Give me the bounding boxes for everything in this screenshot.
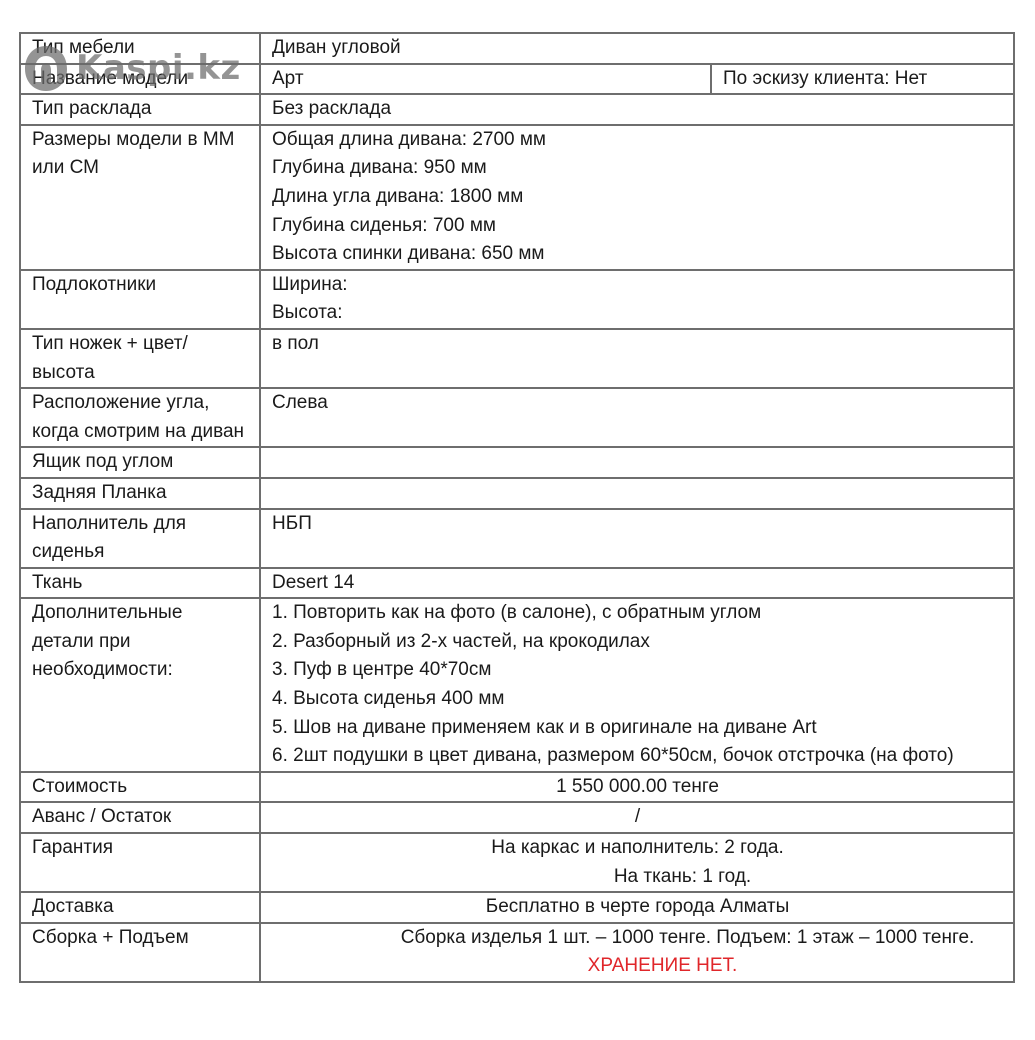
value-armrests: Ширина: Высота: [260, 270, 1014, 329]
label-fabric: Ткань [20, 568, 260, 599]
row-back-plank: Задняя Планка [20, 478, 1014, 509]
value-model-name: Арт [260, 64, 711, 95]
additional-item-2: 2. Разборный из 2-х частей, на крокодила… [272, 628, 1003, 657]
label-assembly: Сборка + Подъем [20, 923, 260, 982]
label-additional: Дополнительные детали при необходимости: [20, 598, 260, 772]
value-fabric: Desert 14 [260, 568, 1014, 599]
row-armrests: Подлокотники Ширина: Высота: [20, 270, 1014, 329]
dimension-seat-depth: Глубина сиденья: 700 мм [272, 212, 1003, 241]
dimension-corner-length: Длина угла дивана: 1800 мм [272, 183, 1003, 212]
value-additional: 1. Повторить как на фото (в салоне), с о… [260, 598, 1014, 772]
armrest-height: Высота: [272, 299, 1003, 328]
additional-item-4: 4. Высота сиденья 400 мм [272, 685, 1003, 714]
row-unfold-type: Тип расклада Без расклада [20, 94, 1014, 125]
row-delivery: Доставка Бесплатно в черте города Алматы [20, 892, 1014, 923]
dimension-back-height: Высота спинки дивана: 650 мм [272, 240, 1003, 269]
additional-item-5: 5. Шов на диване применяем как и в ориги… [272, 714, 1003, 743]
row-corner-position: Расположение угла, когда смотрим на дива… [20, 388, 1014, 447]
warranty-fabric: На ткань: 1 год. [272, 863, 1003, 892]
row-seat-filler: Наполнитель для сиденья НБП [20, 509, 1014, 568]
value-seat-filler: НБП [260, 509, 1014, 568]
label-price: Стоимость [20, 772, 260, 803]
label-corner-position: Расположение угла, когда смотрим на дива… [20, 388, 260, 447]
label-back-plank: Задняя Планка [20, 478, 260, 509]
value-warranty: На каркас и наполнитель: 2 года. На ткан… [260, 833, 1014, 892]
label-warranty: Гарантия [20, 833, 260, 892]
additional-item-6: 6. 2шт подушки в цвет дивана, размером 6… [272, 742, 1003, 771]
additional-item-1: 1. Повторить как на фото (в салоне), с о… [272, 599, 1003, 628]
label-delivery: Доставка [20, 892, 260, 923]
row-warranty: Гарантия На каркас и наполнитель: 2 года… [20, 833, 1014, 892]
label-legs: Тип ножек + цвет/высота [20, 329, 260, 388]
row-assembly: Сборка + Подъем Сборка изделья 1 шт. – 1… [20, 923, 1014, 982]
label-model-name: Название модели [20, 64, 260, 95]
label-corner-drawer: Ящик под углом [20, 447, 260, 478]
label-advance: Аванс / Остаток [20, 802, 260, 833]
value-back-plank [260, 478, 1014, 509]
value-corner-position: Слева [260, 388, 1014, 447]
armrest-width: Ширина: [272, 271, 1003, 300]
dimension-depth: Глубина дивана: 950 мм [272, 154, 1003, 183]
row-legs: Тип ножек + цвет/высота в пол [20, 329, 1014, 388]
value-dimensions: Общая длина дивана: 2700 мм Глубина дива… [260, 125, 1014, 270]
row-corner-drawer: Ящик под углом [20, 447, 1014, 478]
value-furniture-type: Диван угловой [260, 33, 1014, 64]
label-seat-filler: Наполнитель для сиденья [20, 509, 260, 568]
value-client-sketch: По эскизу клиента: Нет [711, 64, 1014, 95]
row-fabric: Ткань Desert 14 [20, 568, 1014, 599]
value-assembly: Сборка изделья 1 шт. – 1000 тенге. Подъе… [260, 923, 1014, 982]
label-furniture-type: Тип мебели [20, 33, 260, 64]
label-unfold-type: Тип расклада [20, 94, 260, 125]
row-dimensions: Размеры модели в ММ или СМ Общая длина д… [20, 125, 1014, 270]
assembly-price: Сборка изделья 1 шт. – 1000 тенге. Подъе… [272, 924, 1003, 953]
value-unfold-type: Без расклада [260, 94, 1014, 125]
value-delivery: Бесплатно в черте города Алматы [260, 892, 1014, 923]
value-advance: / [260, 802, 1014, 833]
additional-item-3: 3. Пуф в центре 40*70см [272, 656, 1003, 685]
row-additional: Дополнительные детали при необходимости:… [20, 598, 1014, 772]
row-price: Стоимость 1 550 000.00 тенге [20, 772, 1014, 803]
storage-note: ХРАНЕНИЕ НЕТ. [272, 952, 1003, 981]
row-furniture-type: Тип мебели Диван угловой [20, 33, 1014, 64]
value-corner-drawer [260, 447, 1014, 478]
value-legs: в пол [260, 329, 1014, 388]
value-price: 1 550 000.00 тенге [260, 772, 1014, 803]
order-spec-table: Тип мебели Диван угловой Название модели… [19, 32, 1015, 983]
warranty-frame: На каркас и наполнитель: 2 года. [272, 834, 1003, 863]
label-armrests: Подлокотники [20, 270, 260, 329]
dimension-total-length: Общая длина дивана: 2700 мм [272, 126, 1003, 155]
row-model-name: Название модели Арт По эскизу клиента: Н… [20, 64, 1014, 95]
label-dimensions: Размеры модели в ММ или СМ [20, 125, 260, 270]
row-advance: Аванс / Остаток / [20, 802, 1014, 833]
